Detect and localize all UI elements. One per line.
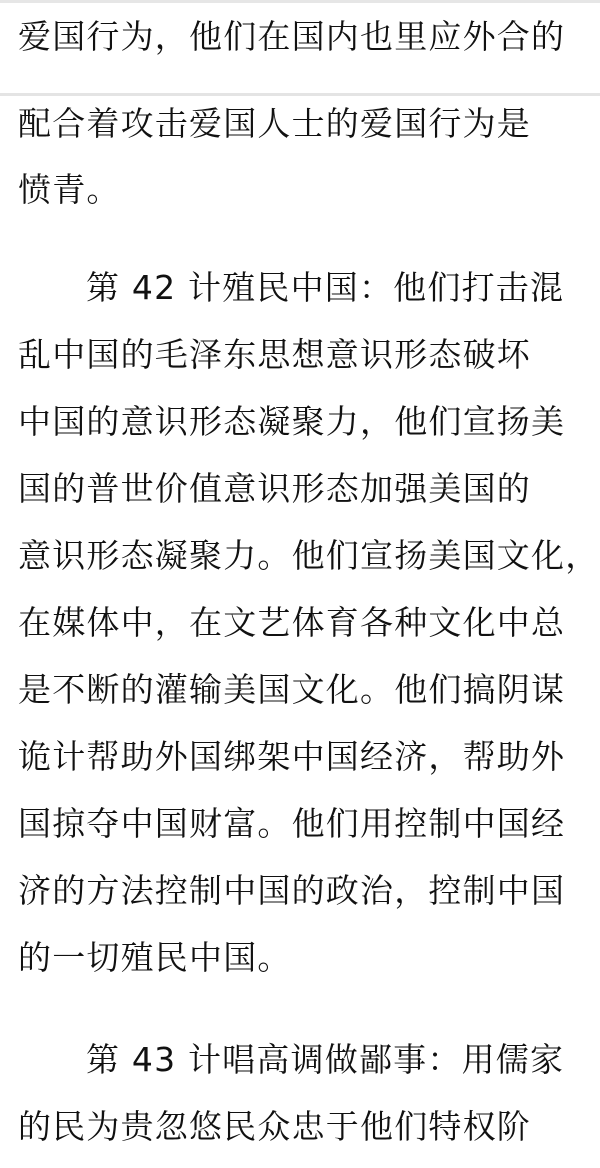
text-line: 配合着攻击爱国人士的爱国行为是 (18, 104, 531, 144)
text-line: 乱中国的毛泽东思想意识形态破坏 (18, 335, 531, 375)
top-edge-divider (0, 0, 600, 3)
text-line: 意识形态凝聚力。他们宣扬美国文化， (18, 536, 599, 576)
paragraph-heading-line: 第 42 计殖民中国：他们打击混 (86, 268, 564, 308)
text-line: 国的普世价值意识形态加强美国的 (18, 469, 531, 509)
text-line: 济的方法控制中国的政治，控制中国 (18, 871, 565, 911)
text-line: 的民为贵忽悠民众忠于他们特权阶 (18, 1107, 531, 1147)
text-line: 是不断的灌输美国文化。他们搞阴谋 (18, 670, 565, 710)
text-line: 爱国行为，他们在国内也里应外合的 (18, 17, 565, 57)
text-line: 中国的意识形态凝聚力，他们宣扬美 (18, 402, 565, 442)
text-line: 愤青。 (18, 170, 121, 210)
section-divider (0, 93, 600, 96)
text-line: 的一切殖民中国。 (18, 938, 292, 978)
paragraph-heading-line: 第 43 计唱高调做鄙事：用儒家 (86, 1040, 564, 1080)
text-line: 诡计帮助外国绑架中国经济，帮助外 (18, 737, 565, 777)
text-line: 在媒体中，在文艺体育各种文化中总 (18, 603, 565, 643)
text-line: 国掠夺中国财富。他们用控制中国经 (18, 804, 565, 844)
